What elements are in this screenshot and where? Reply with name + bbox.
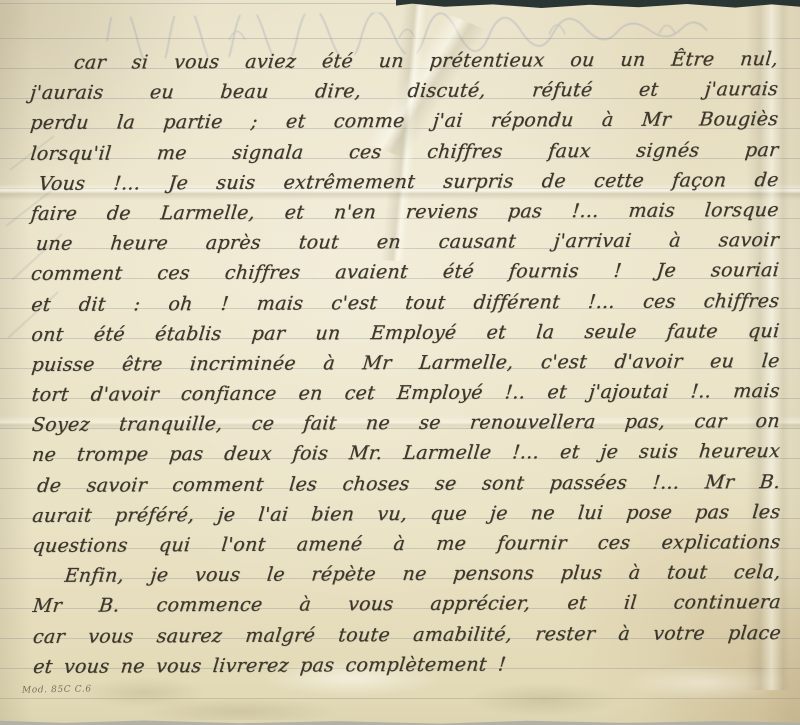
handwritten-line: ne trompe pas deux fois Mr. Larmelle !..… (31, 436, 782, 470)
handwritten-line: et dit : oh ! mais c'est tout différent … (30, 286, 781, 320)
handwritten-line: Soyez tranquille, ce fait ne se renouvel… (30, 406, 781, 440)
handwritten-line: puisse être incriminée à Mr Larmelle, c'… (30, 346, 781, 380)
handwritten-line: lorsqu'il me signala ces chiffres faux s… (29, 135, 780, 169)
handwritten-line: tort d'avoir confiance en cet Employé !.… (30, 376, 781, 410)
handwritten-line: de savoir comment les choses se sont pas… (31, 467, 782, 501)
handwritten-line: et vous ne vous livrerez pas complètemen… (32, 648, 783, 682)
handwritten-line: Vous !... Je suis extrêmement surpris de… (29, 165, 780, 199)
handwritten-line: comment ces chiffres avaient été fournis… (30, 255, 781, 289)
handwritten-line: questions qui l'ont amené à me fournir c… (31, 527, 782, 561)
handwritten-line: Mr B. commence à vous apprécier, et il c… (31, 587, 782, 621)
letter-body: car si vous aviez été un prétentieux ou … (28, 44, 779, 682)
handwritten-line: Enfin, je vous le répète ne pensons plus… (31, 557, 782, 591)
handwritten-line: une heure après tout en causant j'arriva… (29, 225, 780, 259)
scanned-letter-page: car si vous aviez été un prétentieux ou … (0, 0, 800, 725)
handwritten-line: aurait préféré, je l'ai bien vu, que je … (31, 497, 782, 531)
printed-form-mark: Mod. 85C C.6 (22, 684, 92, 695)
handwritten-line: j'aurais eu beau dire, discuté, réfuté e… (29, 74, 780, 108)
handwritten-line: faire de Larmelle, et n'en reviens pas !… (29, 195, 780, 229)
handwritten-line: ont été établis par un Employé et la seu… (30, 316, 781, 350)
handwritten-line: car si vous aviez été un prétentieux ou … (29, 44, 780, 78)
handwritten-line: car vous saurez malgré toute amabilité, … (32, 618, 783, 652)
handwritten-line: perdu la partie ; et comme j'ai répondu … (29, 104, 780, 138)
